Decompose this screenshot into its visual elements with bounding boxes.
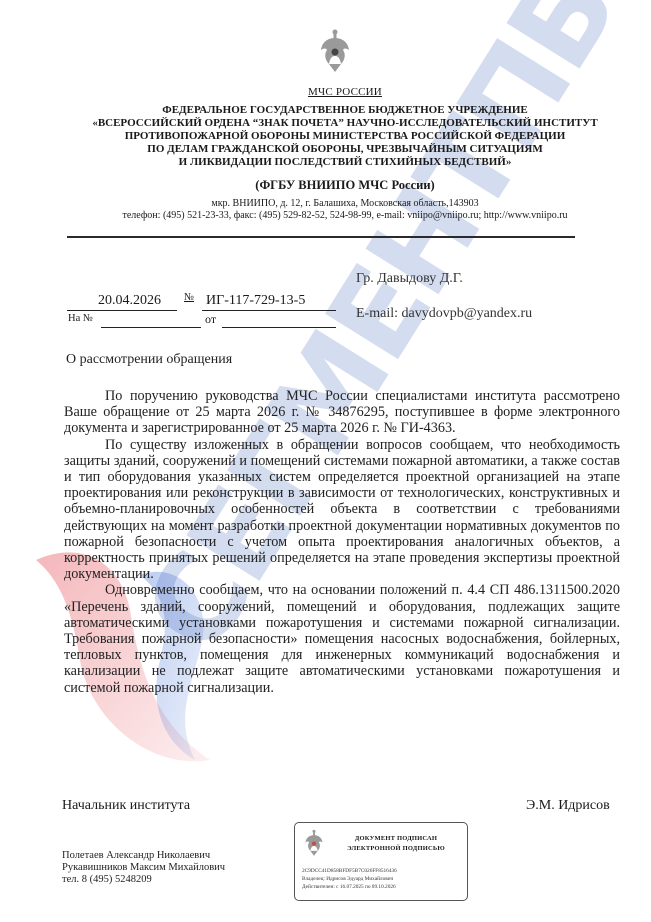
letter-page: СЕГМЕНТПБ МЧС РОССИИ ФЕДЕРАЛЬНОЕ ГОСУДАР… xyxy=(0,0,651,922)
header-divider xyxy=(67,236,575,238)
letter-subject: О рассмотрении обращения xyxy=(66,352,232,368)
stamp-validity: Действителен: с 16.07.2025 по 09.10.2026 xyxy=(302,884,396,890)
contacts: телефон: (495) 521-23-33, факс: (495) 52… xyxy=(60,210,630,222)
recipient-email: E-mail: davydovpb@yandex.ru xyxy=(356,306,532,322)
stamp-owner: Владелец: Идрисов Эдуард Михайлович xyxy=(302,876,393,882)
org-line: ФЕДЕРАЛЬНОЕ ГОСУДАРСТВЕННОЕ БЮДЖЕТНОЕ УЧ… xyxy=(60,104,630,117)
reply-to-underline xyxy=(101,327,201,328)
executor-line: Рукавишников Максим Михайлович xyxy=(62,862,225,874)
stamp-title: ДОКУМЕНТ ПОДПИСАН ЭЛЕКТРОННОЙ ПОДПИСЬЮ xyxy=(331,834,461,854)
outgoing-date: 20.04.2026 xyxy=(98,293,161,309)
body-paragraph: По существу изложенных в обращении вопро… xyxy=(64,437,620,583)
organization-name: ФЕДЕРАЛЬНОЕ ГОСУДАРСТВЕННОЕ БЮДЖЕТНОЕ УЧ… xyxy=(60,104,630,169)
executor-phone: тел. 8 (495) 5248209 xyxy=(62,874,225,886)
stamp-certificate: 2C9DCC41D858BFDF5B7C026FF8516436 xyxy=(302,868,397,874)
date-underline xyxy=(67,310,177,311)
number-underline xyxy=(202,310,336,311)
from-label: от xyxy=(205,312,216,327)
stamp-title-line: ДОКУМЕНТ ПОДПИСАН xyxy=(331,834,461,844)
ministry-name: МЧС РОССИИ xyxy=(60,86,630,98)
signatory-position: Начальник института xyxy=(62,798,190,814)
executors: Полетаев Александр Николаевич Рукавишник… xyxy=(62,850,225,886)
org-line: И ЛИКВИДАЦИИ ПОСЛЕДСТВИЙ СТИХИЙНЫХ БЕДСТ… xyxy=(60,156,630,169)
letter-body: По поручению руководства МЧС России спец… xyxy=(64,388,620,696)
from-underline xyxy=(222,327,336,328)
address: мкр. ВНИИПО, д. 12, г. Балашиха, Московс… xyxy=(60,198,630,210)
mchs-emblem-icon xyxy=(318,28,352,74)
org-line: ПРОТИВОПОЖАРНОЙ ОБОРОНЫ МИНИСТЕРСТВА РОС… xyxy=(60,130,630,143)
organization-contacts: мкр. ВНИИПО, д. 12, г. Балашиха, Московс… xyxy=(60,198,630,222)
body-paragraph: По поручению руководства МЧС России спец… xyxy=(64,388,620,437)
mchs-emblem-icon xyxy=(303,829,325,857)
org-line: «ВСЕРОССИЙСКИЙ ОРДЕНА “ЗНАК ПОЧЕТА” НАУЧ… xyxy=(60,117,630,130)
executor-line: Полетаев Александр Николаевич xyxy=(62,850,225,862)
e-signature-stamp: ДОКУМЕНТ ПОДПИСАН ЭЛЕКТРОННОЙ ПОДПИСЬЮ 2… xyxy=(294,822,468,901)
stamp-title-line: ЭЛЕКТРОННОЙ ПОДПИСЬЮ xyxy=(331,844,461,854)
recipient-name: Гр. Давыдову Д.Г. xyxy=(356,271,463,287)
signatory-name: Э.М. Идрисов xyxy=(526,798,610,814)
organization-abbreviation: (ФГБУ ВНИИПО МЧС России) xyxy=(60,178,630,193)
body-paragraph: Одновременно сообщаем, что на основании … xyxy=(64,582,620,695)
org-line: ПО ДЕЛАМ ГРАЖДАНСКОЙ ОБОРОНЫ, ЧРЕЗВЫЧАЙН… xyxy=(60,143,630,156)
reply-to-label: На № xyxy=(68,313,93,324)
outgoing-number: ИГ-117-729-13-5 xyxy=(206,293,305,309)
number-sign: № xyxy=(184,292,194,303)
